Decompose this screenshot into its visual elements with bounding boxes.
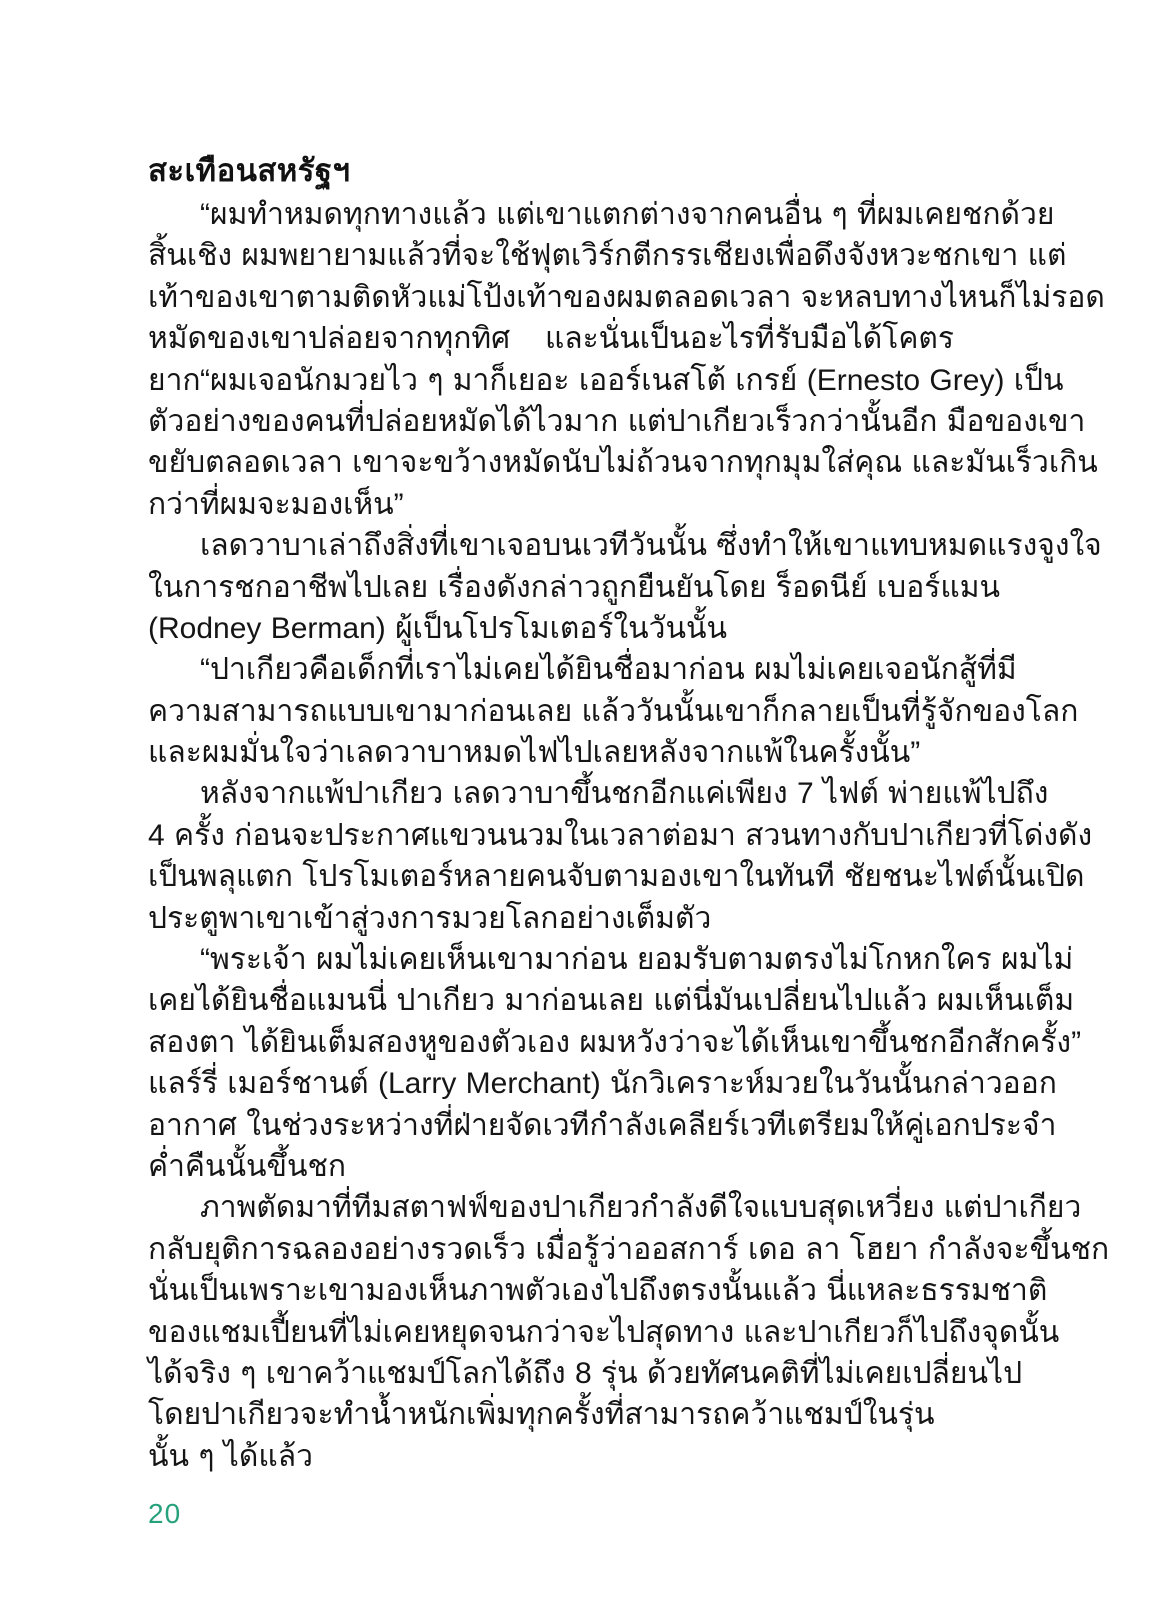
text-line: ขยับตลอดเวลา เขาจะขว้างหมัดนับไม่ถ้วนจาก… xyxy=(148,442,954,483)
text-line: ค่ำคืนนั้นขึ้นชก xyxy=(148,1146,954,1187)
text-line: “ผมเจอนักมวยไว ๆ มาก็เยอะ เออร์เนสโต้ เก… xyxy=(148,360,954,401)
text-line: เลดวาบาเล่าถึงสิ่งที่เขาเจอบนเวทีวันนั้น… xyxy=(148,525,954,566)
text-line: สิ้นเชิง ผมพยายามแล้วที่จะใช้ฟุตเวิร์กตี… xyxy=(148,235,954,276)
body-text: “ผมทำหมดทุกทางแล้ว แต่เขาแตกต่างจากคนอื่… xyxy=(148,194,954,1436)
text-line: โดยปาเกียวจะทำน้ำหนักเพิ่มทุกครั้งที่สาม… xyxy=(148,1394,954,1435)
page-content: สะเทือนสหรัฐฯ “ผมทำหมดทุกทางแล้ว แต่เขาแ… xyxy=(148,150,954,1436)
page-footer: 20 xyxy=(148,1497,181,1531)
text-line: 4 ครั้ง ก่อนจะประกาศแขวนนวมในเวลาต่อมา ส… xyxy=(148,815,954,856)
text-line: แลร์รี่ เมอร์ชานต์ (Larry Merchant) นักว… xyxy=(148,1063,954,1104)
section-heading: สะเทือนสหรัฐฯ xyxy=(148,150,954,192)
text-line: และผมมั่นใจว่าเลดวาบาหมดไฟไปเลยหลังจากแพ… xyxy=(148,732,954,773)
text-line: ในการชกอาชีพไปเลย เรื่องดังกล่าวถูกยืนยั… xyxy=(148,567,954,608)
text-line: “ปาเกียวคือเด็กที่เราไม่เคยได้ยินชื่อมาก… xyxy=(148,649,954,690)
text-line: เท้าของเขาตามติดหัวแม่โป้งเท้าของผมตลอดเ… xyxy=(148,277,954,318)
text-line: (Rodney Berman) ผู้เป็นโปรโมเตอร์ในวันนั… xyxy=(148,608,954,649)
text-line: เคยได้ยินชื่อแมนนี่ ปาเกียว มาก่อนเลย แต… xyxy=(148,980,954,1021)
text-line: “ผมทำหมดทุกทางแล้ว แต่เขาแตกต่างจากคนอื่… xyxy=(148,194,954,235)
text-line: ความสามารถแบบเขามาก่อนเลย แล้ววันนั้นเขา… xyxy=(148,691,954,732)
text-line: นั่นเป็นเพราะเขามองเห็นภาพตัวเองไปถึงตรง… xyxy=(148,1270,954,1311)
text-line: สองตา ได้ยินเต็มสองหูของตัวเอง ผมหวังว่า… xyxy=(148,1022,954,1063)
text-line: ได้จริง ๆ เขาคว้าแชมป์โลกได้ถึง 8 รุ่น ด… xyxy=(148,1353,954,1394)
text-line: กลับยุติการฉลองอย่างรวดเร็ว เมื่อรู้ว่าอ… xyxy=(148,1229,954,1270)
text-line: หลังจากแพ้ปาเกียว เลดวาบาขึ้นชกอีกแค่เพี… xyxy=(148,773,954,814)
page-number: 20 xyxy=(148,1498,181,1529)
text-line: ตัวอย่างของคนที่ปล่อยหมัดได้ไวมาก แต่ปาเ… xyxy=(148,401,954,442)
text-line: เป็นพลุแตก โปรโมเตอร์หลายคนจับตามองเขาใน… xyxy=(148,856,954,897)
text-line: ของแชมเปี้ยนที่ไม่เคยหยุดจนกว่าจะไปสุดทา… xyxy=(148,1312,954,1353)
text-line: หมัดของเขาปล่อยจากทุกทิศ และนั่นเป็นอะไร… xyxy=(148,318,954,359)
text-line: ภาพตัดมาที่ทีมสตาฟฟ์ของปาเกียวกำลังดีใจแ… xyxy=(148,1187,954,1228)
text-line: “พระเจ้า ผมไม่เคยเห็นเขามาก่อน ยอมรับตาม… xyxy=(148,939,954,980)
text-line: กว่าที่ผมจะมองเห็น” xyxy=(148,484,954,525)
text-line: อากาศ ในช่วงระหว่างที่ฝ่ายจัดเวทีกำลังเค… xyxy=(148,1105,954,1146)
book-page: สะเทือนสหรัฐฯ “ผมทำหมดทุกทางแล้ว แต่เขาแ… xyxy=(0,0,1151,1621)
text-line: ประตูพาเขาเข้าสู่วงการมวยโลกอย่างเต็มตัว xyxy=(148,898,954,939)
